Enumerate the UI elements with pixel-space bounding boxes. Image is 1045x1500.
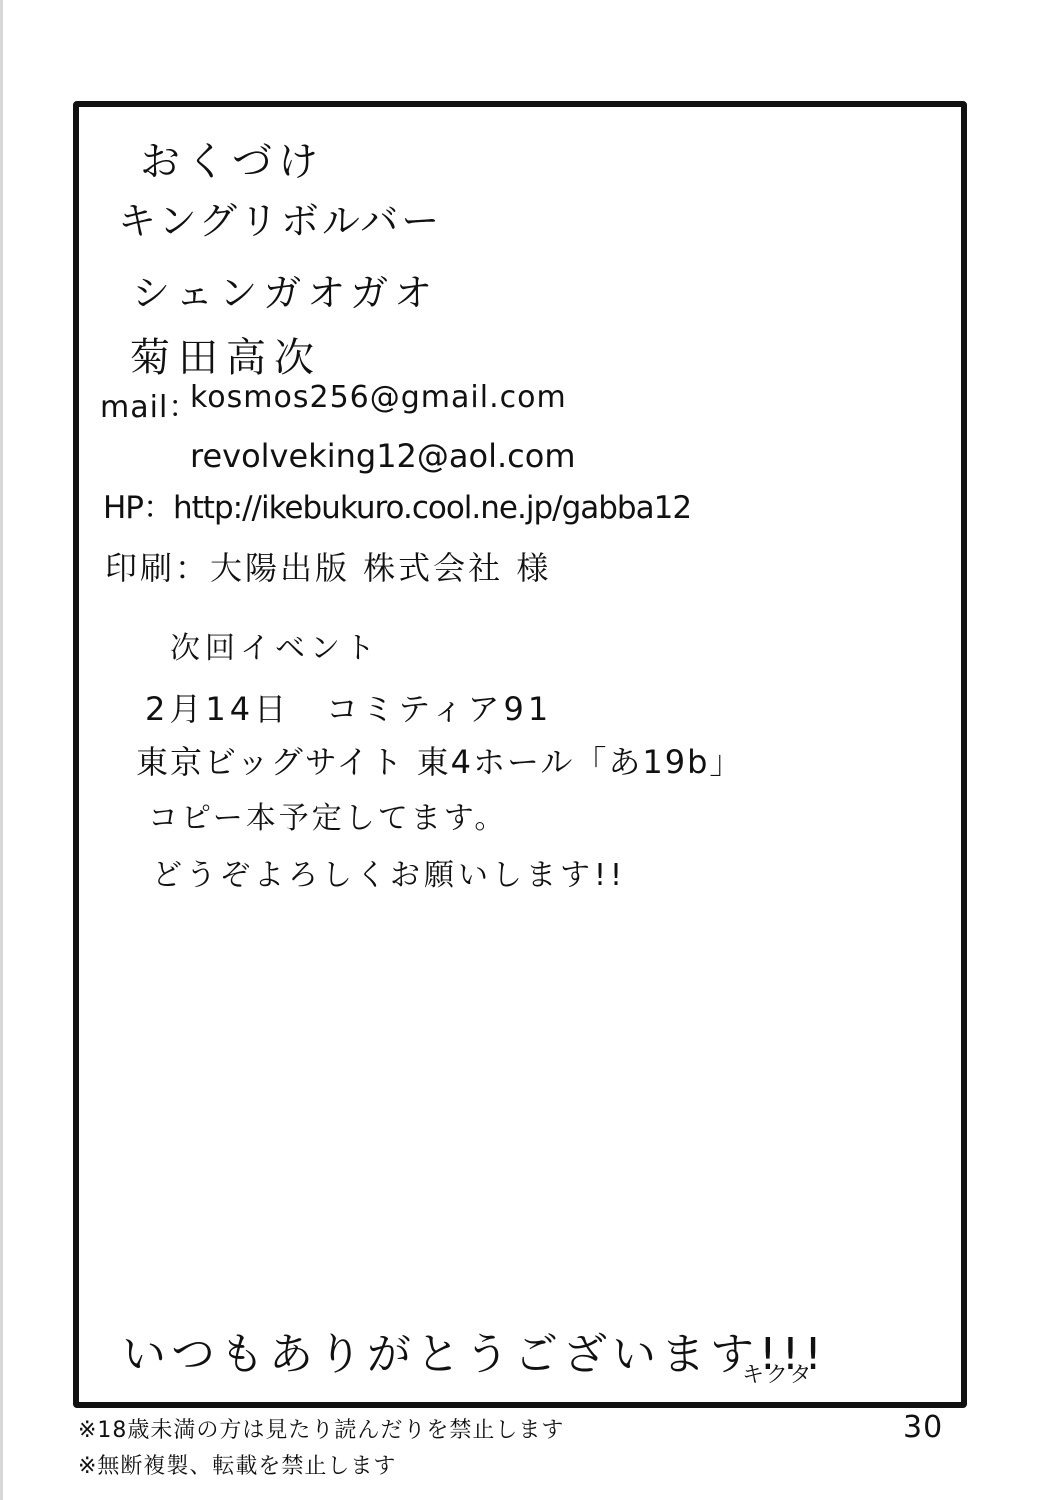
email-address-primary: kosmos256@gmail.com — [190, 380, 567, 415]
alt-circle-name: シェンガオガオ — [132, 262, 438, 317]
event-venue: 東京ビッグサイト 東4ホール「あ19b」 — [136, 737, 743, 783]
circle-name: キングリボルバー — [118, 190, 442, 245]
mail-label: mail： — [100, 382, 199, 426]
age-restriction-notice: ※18歳未満の方は見たり読んだりを禁止します — [78, 1413, 564, 1444]
event-date: 2月14日 コミティア91 — [145, 684, 552, 730]
email-address-secondary: revolveking12@aol.com — [190, 437, 576, 475]
page-number: 30 — [903, 1410, 943, 1445]
event-regards: どうぞよろしくお願いします!! — [152, 850, 626, 894]
copyright-notice: ※無断複製、転載を禁止します — [78, 1449, 396, 1480]
author-name: 菊田高次 — [130, 326, 322, 383]
page-edge — [0, 0, 3, 1500]
closing-thanks: いつもありがとうございます!!! — [122, 1318, 827, 1382]
colophon-title: おくづけ — [140, 130, 324, 187]
printer-credit: 印刷：大陽出版 株式会社 様 — [105, 543, 551, 589]
next-event-title: 次回イベント — [170, 623, 380, 667]
event-plan: コピー本予定してます。 — [148, 793, 507, 837]
signature: キクタ — [742, 1358, 814, 1389]
homepage-url: HP：http://ikebukuro.cool.ne.jp/gabba12 — [103, 482, 691, 527]
